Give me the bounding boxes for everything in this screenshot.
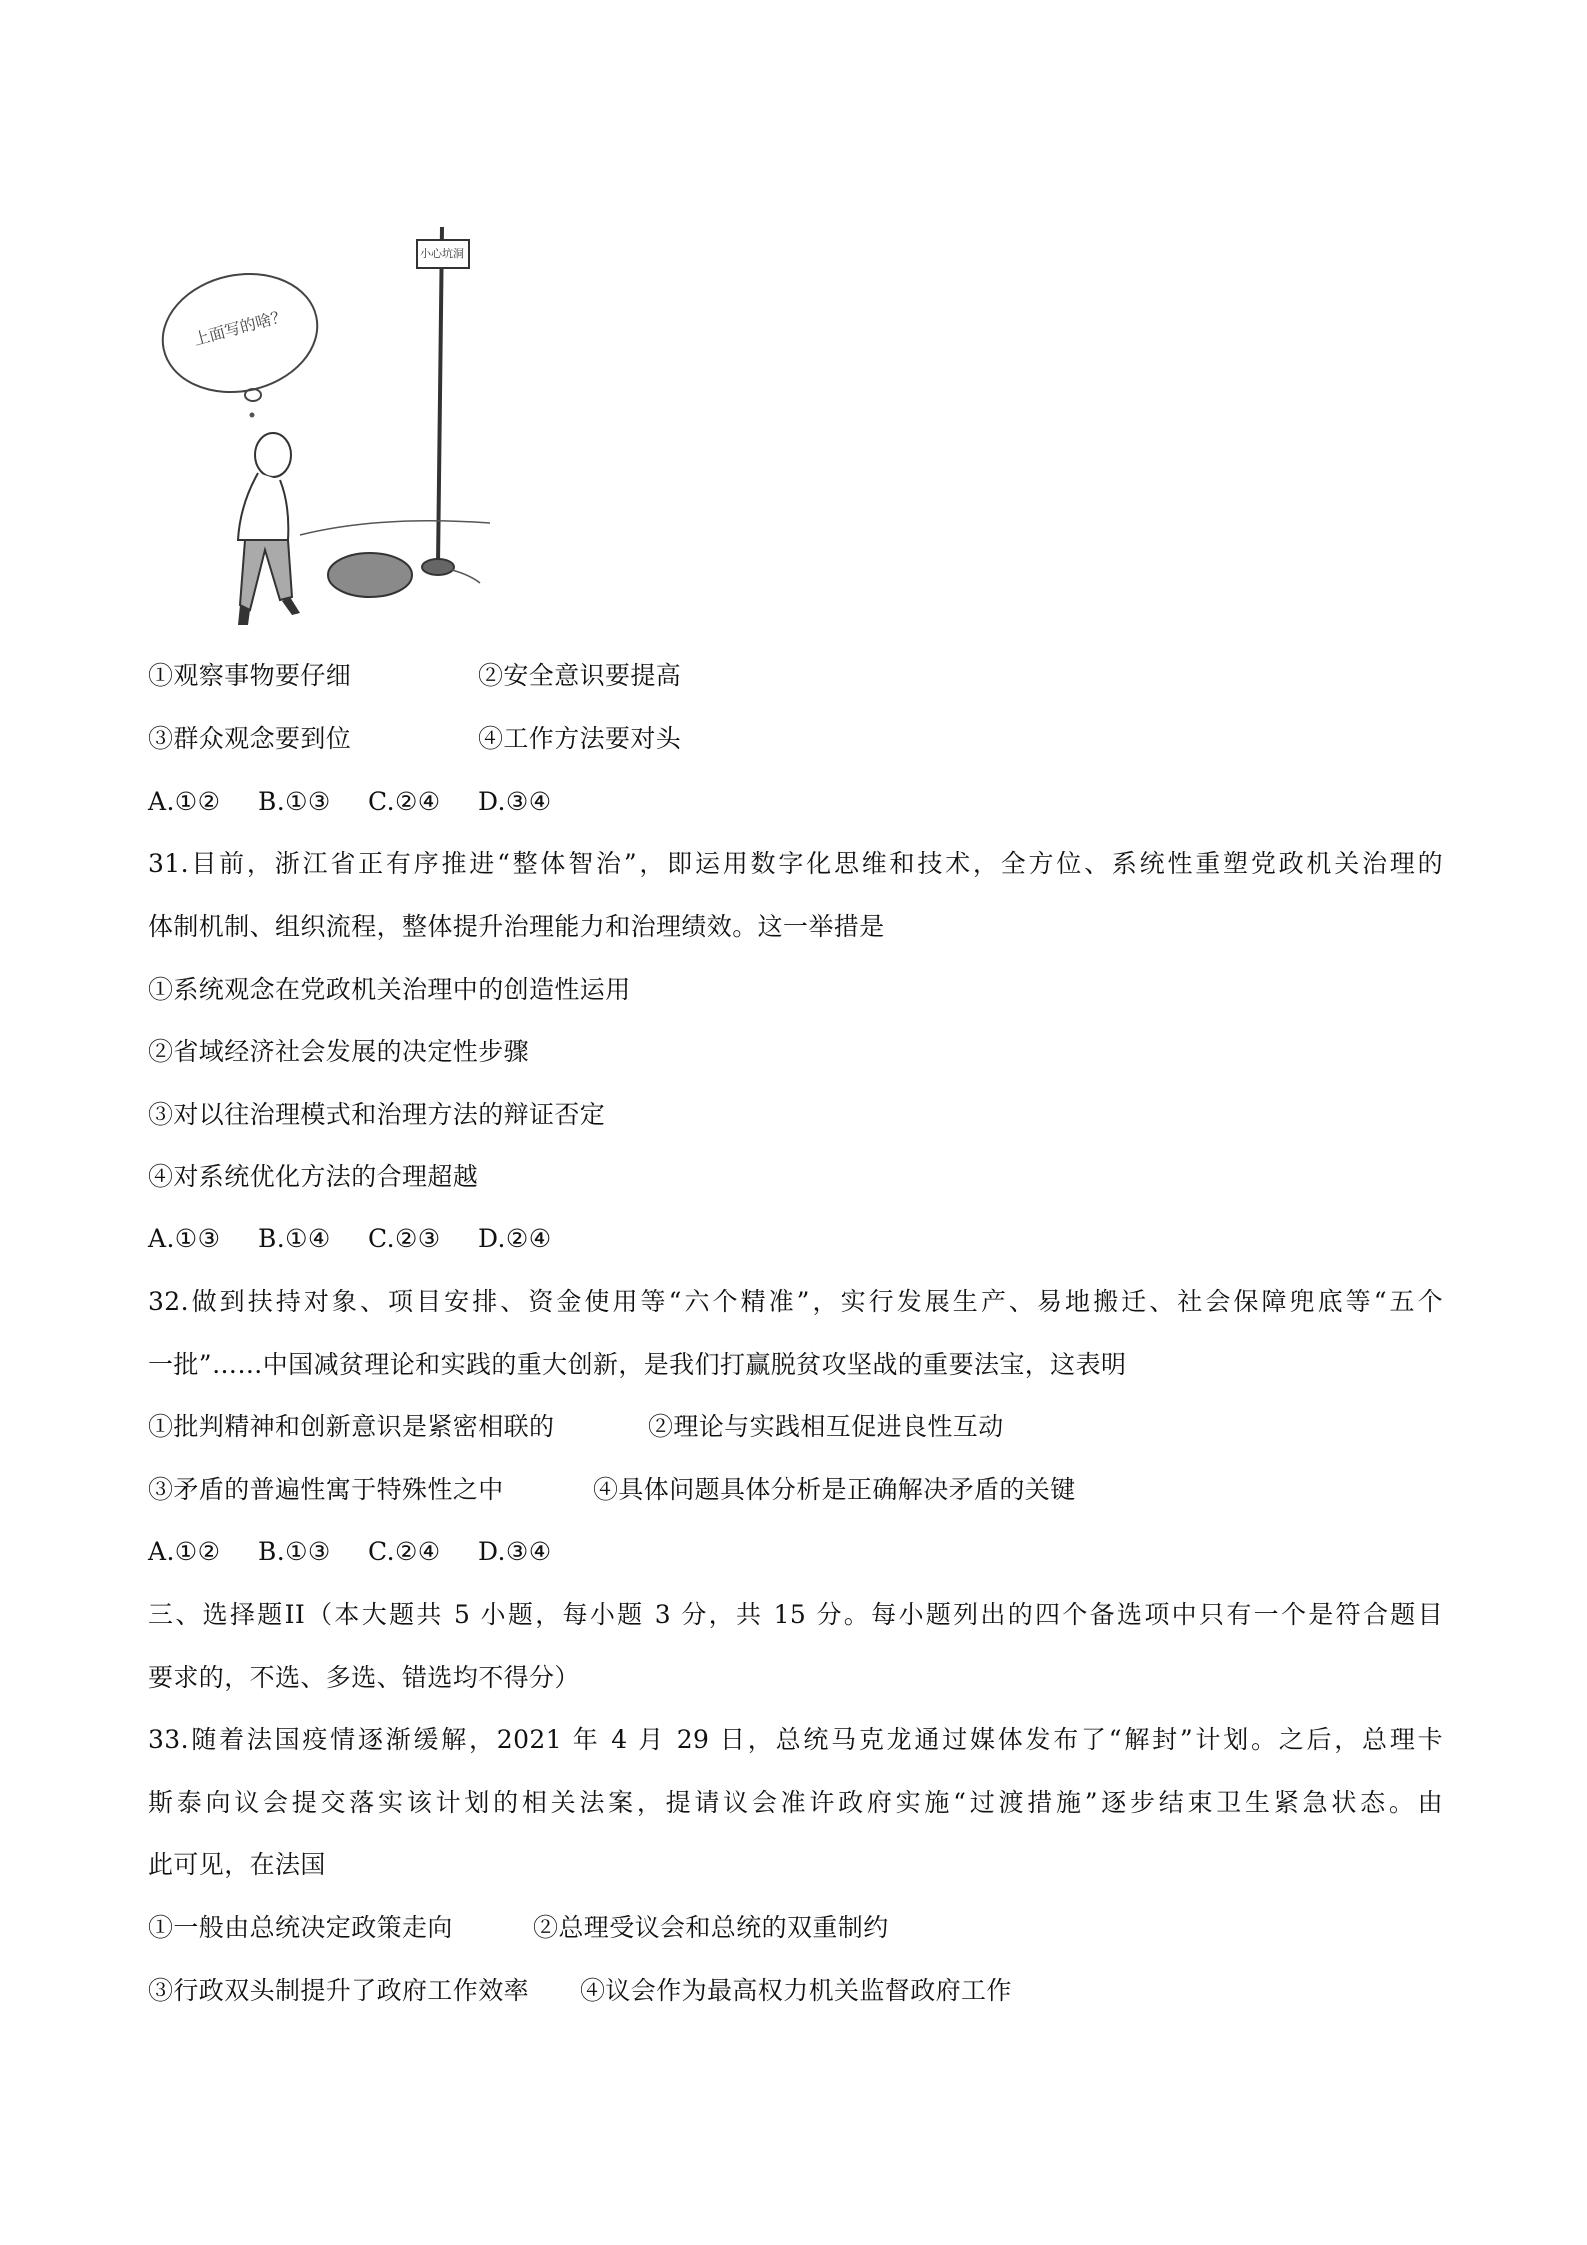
q32-option-4: ④具体问题具体分析是正确解决矛盾的关键 xyxy=(593,1473,1076,1507)
q32-option-1: ①批判精神和创新意识是紧密相联的 xyxy=(148,1410,554,1444)
cartoon-drawing xyxy=(140,205,500,645)
sign-text: 小心坑洞 xyxy=(420,245,464,261)
q30-choices: A.①② B.①③ C.②④ D.③④ xyxy=(148,785,1443,819)
q32-choice-b: B.①③ xyxy=(258,1535,331,1569)
q30-choice-c: C.②④ xyxy=(368,785,441,819)
q32-stem-line-2: 一批”……中国减贫理论和实践的重大创新，是我们打赢脱贫攻坚战的重要法宝，这表明 xyxy=(148,1348,1126,1382)
q32-options-row-1: ①批判精神和创新意识是紧密相联的 ②理论与实践相互促进良性互动 xyxy=(148,1410,1443,1444)
q31-option-2: ②省域经济社会发展的决定性步骤 xyxy=(148,1035,529,1069)
q31-option-4: ④对系统优化方法的合理超越 xyxy=(148,1160,478,1194)
q30-choice-a: A.①② xyxy=(148,785,220,819)
q33-option-4: ④议会作为最高权力机关监督政府工作 xyxy=(580,1974,1012,2008)
q31-choice-b: B.①④ xyxy=(258,1222,331,1256)
q30-option-2: ②安全意识要提高 xyxy=(478,659,681,693)
q31-option-1: ①系统观念在党政机关治理中的创造性运用 xyxy=(148,973,631,1007)
q31-stem-line-2: 体制机制、组织流程，整体提升治理能力和治理绩效。这一举措是 xyxy=(148,910,885,944)
q30-choice-b: B.①③ xyxy=(258,785,331,819)
q33-option-2: ②总理受议会和总统的双重制约 xyxy=(533,1911,889,1945)
q32-option-3: ③矛盾的普遍性寓于特殊性之中 xyxy=(148,1473,504,1507)
q32-choices: A.①② B.①③ C.②④ D.③④ xyxy=(148,1535,1443,1569)
q31-option-3: ③对以往治理模式和治理方法的辩证否定 xyxy=(148,1098,605,1132)
q32-choice-d: D.③④ xyxy=(478,1535,552,1569)
q30-option-1: ①观察事物要仔细 xyxy=(148,659,351,693)
q31-choice-c: C.②③ xyxy=(368,1222,441,1256)
q31-choices: A.①③ B.①④ C.②③ D.②④ xyxy=(148,1222,1443,1256)
q33-stem-line-3: 此可见，在法国 xyxy=(148,1848,326,1882)
q33-stem-line-2: 斯泰向议会提交落实该计划的相关法案，提请议会准许政府实施“过渡措施”逐步结束卫生… xyxy=(148,1786,1443,1820)
q32-option-2: ②理论与实践相互促进良性互动 xyxy=(648,1410,1004,1444)
q31-stem-line-1: 31.目前，浙江省正有序推进“整体智治”，即运用数字化思维和技术，全方位、系统性… xyxy=(148,847,1443,881)
q32-stem-line-1: 32.做到扶持对象、项目安排、资金使用等“六个精准”，实行发展生产、易地搬迁、社… xyxy=(148,1285,1443,1319)
q31-choice-a: A.①③ xyxy=(148,1222,220,1256)
q33-option-3: ③行政双头制提升了政府工作效率 xyxy=(148,1974,529,2008)
q33-options-row-2: ③行政双头制提升了政府工作效率 ④议会作为最高权力机关监督政府工作 xyxy=(148,1974,1443,2008)
q30-option-4: ④工作方法要对头 xyxy=(478,722,681,756)
cartoon-illustration: 上面写的啥？ 小心坑洞 xyxy=(140,205,500,645)
q32-choice-c: C.②④ xyxy=(368,1535,441,1569)
q30-option-3: ③群众观念要到位 xyxy=(148,722,351,756)
q30-choice-d: D.③④ xyxy=(478,785,552,819)
section-3-heading-line-1: 三、选择题II（本大题共 5 小题，每小题 3 分，共 15 分。每小题列出的四… xyxy=(148,1598,1443,1632)
q33-options-row-1: ①一般由总统决定政策走向 ②总理受议会和总统的双重制约 xyxy=(148,1911,1443,1945)
q33-stem-line-1: 33.随着法国疫情逐渐缓解，2021 年 4 月 29 日，总统马克龙通过媒体发… xyxy=(148,1723,1443,1757)
q33-option-1: ①一般由总统决定政策走向 xyxy=(148,1911,453,1945)
q32-options-row-2: ③矛盾的普遍性寓于特殊性之中 ④具体问题具体分析是正确解决矛盾的关键 xyxy=(148,1473,1443,1507)
q30-options-row-2: ③群众观念要到位 ④工作方法要对头 xyxy=(148,722,1443,756)
q31-choice-d: D.②④ xyxy=(478,1222,552,1256)
section-3-heading-line-2: 要求的，不选、多选、错选均不得分） xyxy=(148,1661,580,1695)
q30-options-row-1: ①观察事物要仔细 ②安全意识要提高 xyxy=(148,659,1443,693)
q32-choice-a: A.①② xyxy=(148,1535,220,1569)
